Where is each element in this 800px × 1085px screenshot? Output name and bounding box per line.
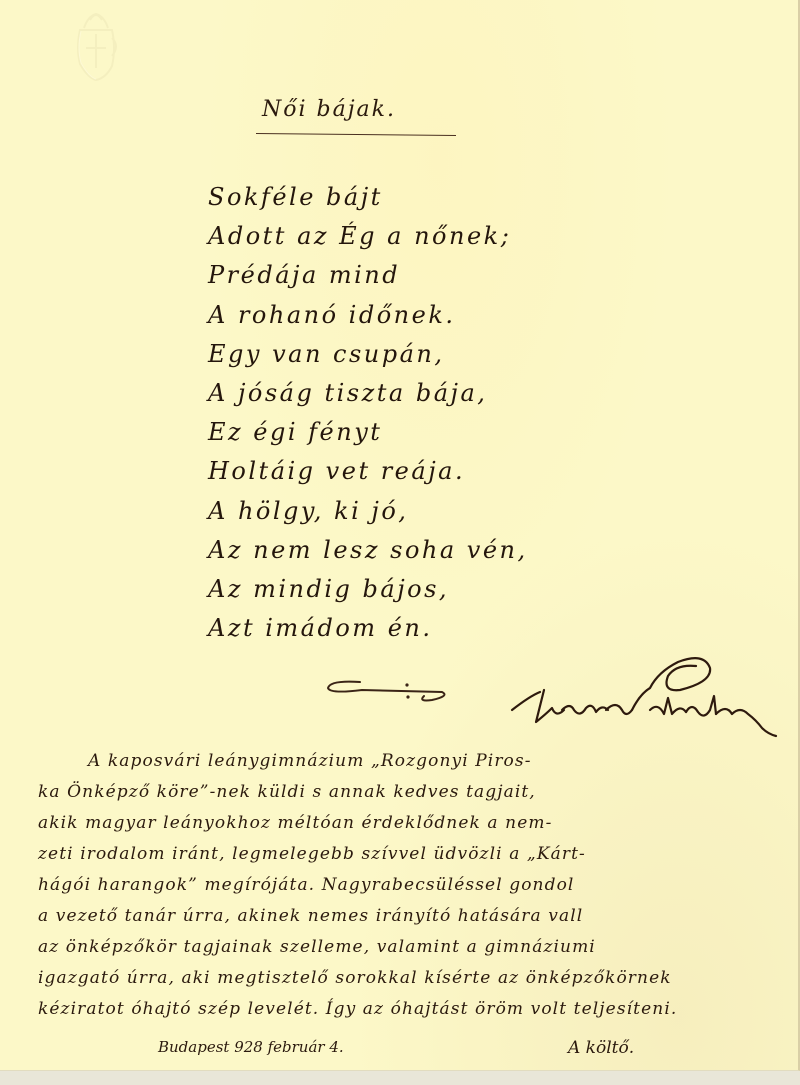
letter-line: ka Önképző köre”-nek küldi s annak kedve… bbox=[38, 777, 798, 808]
title-underline bbox=[256, 133, 456, 136]
poem-line: Ez égi fényt bbox=[208, 413, 528, 452]
poem-line: A rohanó időnek. bbox=[208, 296, 528, 335]
author-signature bbox=[500, 648, 790, 738]
letter-line: akik magyar leányokhoz méltóan érdeklődn… bbox=[38, 808, 798, 839]
poem-stanza: Sokféle bájt Adott az Ég a nőnek; Prédáj… bbox=[208, 178, 528, 648]
signoff: A költő. bbox=[568, 1038, 634, 1058]
poem-line: A hölgy, ki jó, bbox=[208, 492, 528, 531]
poem-line: Egy van csupán, bbox=[208, 335, 528, 374]
letter-line: a vezető tanár úrra, akinek nemes irányí… bbox=[38, 901, 798, 932]
poem-line: A jóság tiszta bája, bbox=[208, 374, 528, 413]
poem-line: Prédája mind bbox=[208, 256, 528, 295]
coat-of-arms-emboss-icon bbox=[66, 8, 126, 84]
letter-line: zeti irodalom iránt, legmelegebb szívvel… bbox=[38, 839, 798, 870]
poem-line: Azt imádom én. bbox=[208, 609, 528, 648]
poem-line: Az mindig bájos, bbox=[208, 570, 528, 609]
closing-flourish-icon bbox=[322, 676, 452, 704]
letter-line: igazgató úrra, aki megtisztelő sorokkal … bbox=[38, 963, 798, 994]
letter-line: hágói harangok” megírójáta. Nagyrabecsül… bbox=[38, 870, 798, 901]
poem-line: Az nem lesz soha vén, bbox=[208, 531, 528, 570]
letter-line: az önképzőkör tagjainak szelleme, valami… bbox=[38, 932, 798, 963]
poem-title: Női bájak. bbox=[262, 97, 396, 122]
dedication-letter: A kaposvári leánygimnázium „Rozgonyi Pir… bbox=[38, 746, 798, 1025]
place-and-date: Budapest 928 február 4. bbox=[158, 1038, 344, 1056]
letter-line: A kaposvári leánygimnázium „Rozgonyi Pir… bbox=[38, 746, 798, 777]
poem-line: Adott az Ég a nőnek; bbox=[208, 217, 528, 256]
poem-line: Sokféle bájt bbox=[208, 178, 528, 217]
letter-line: kéziratot óhajtó szép levelét. Így az óh… bbox=[38, 994, 798, 1025]
poem-line: Holtáig vet reája. bbox=[208, 452, 528, 491]
manuscript-page: Női bájak. Sokféle bájt Adott az Ég a nő… bbox=[0, 0, 800, 1071]
